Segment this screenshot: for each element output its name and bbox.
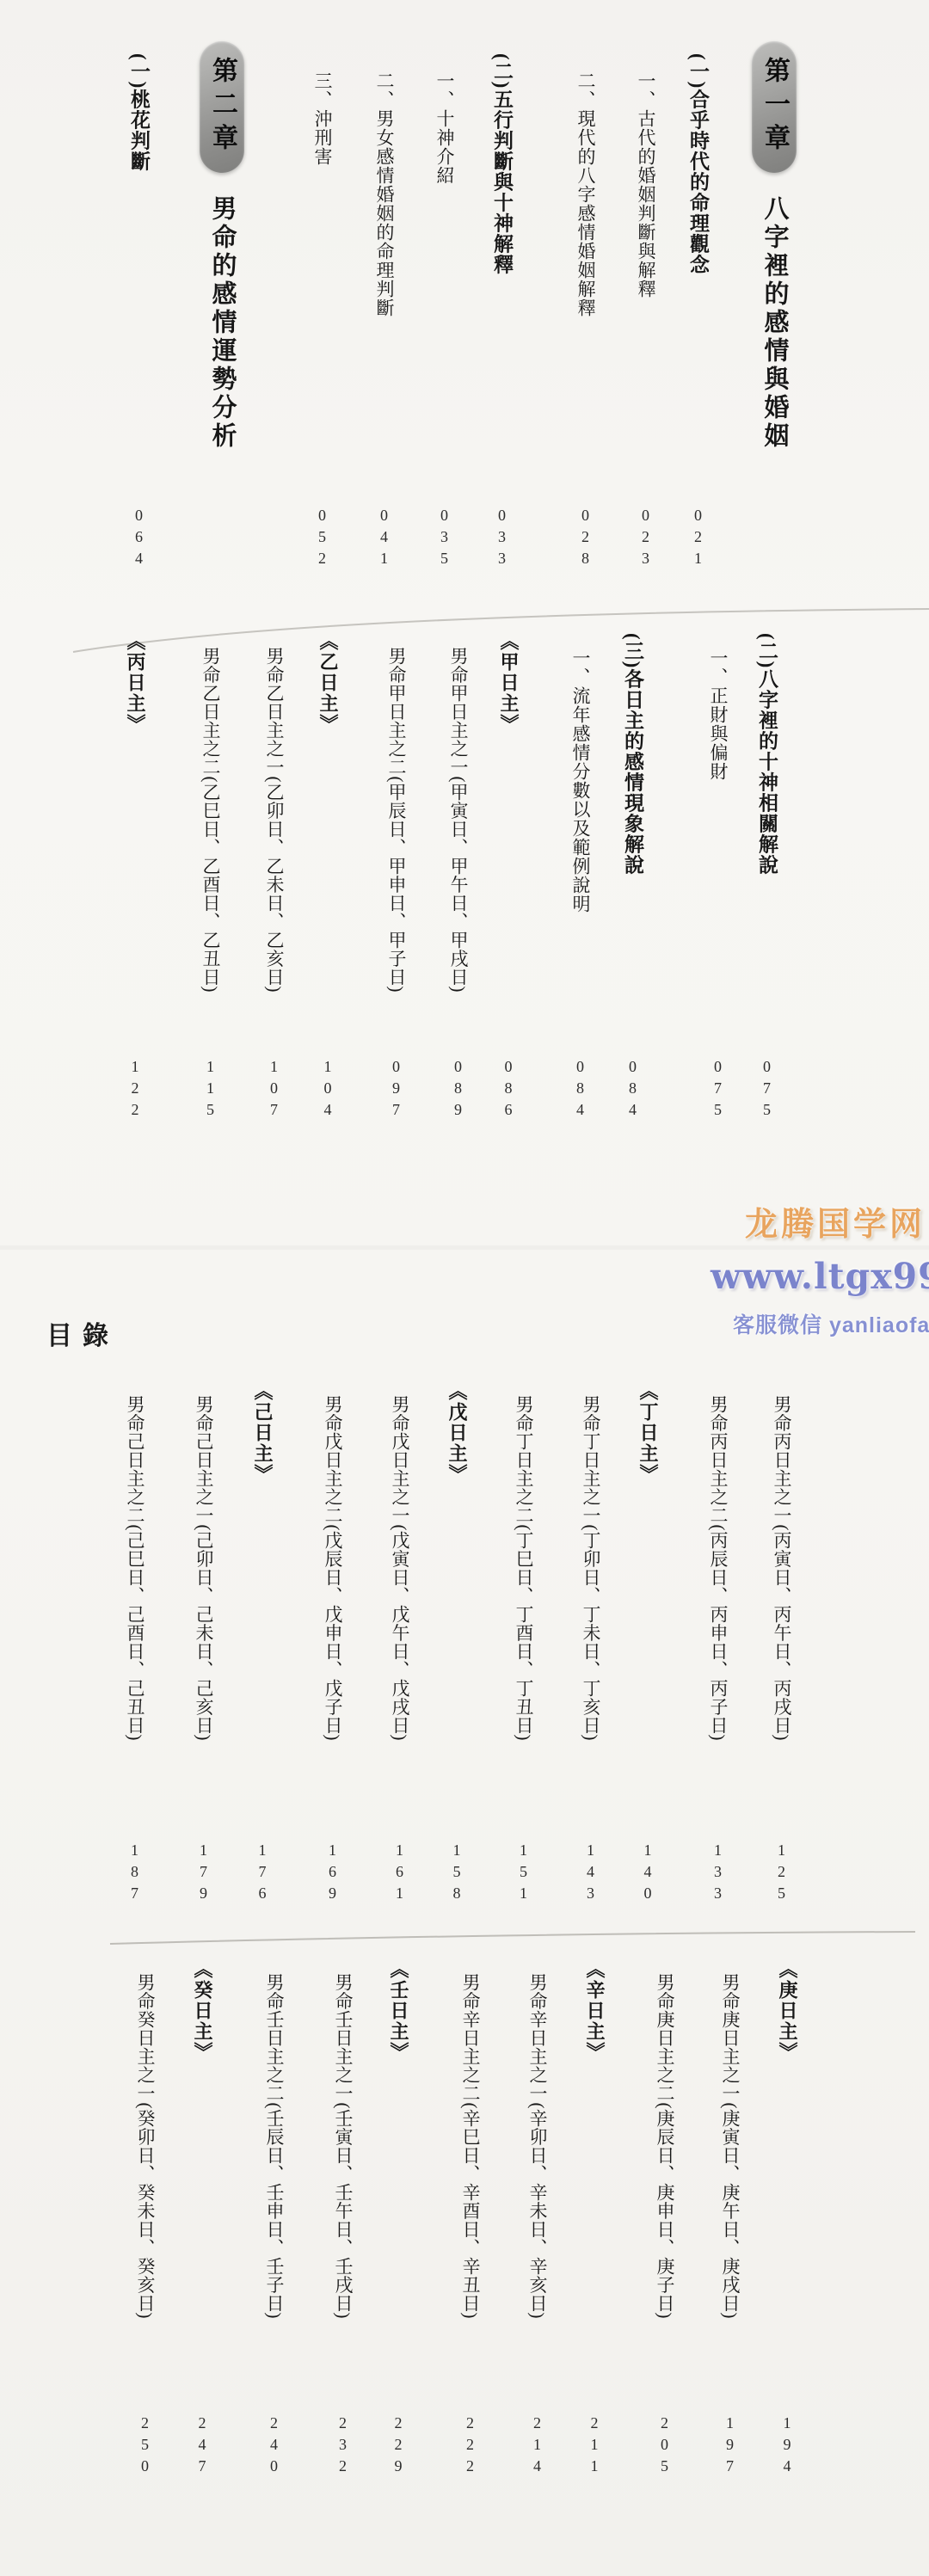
toc-entry-label: 男命乙日主之二(乙巳日、乙酉日、乙丑日) bbox=[201, 647, 219, 993]
toc-entry-label: 二、現代的八字感情婚姻解釋 bbox=[576, 71, 594, 317]
toc-entry-label: 男命己日主之一(己卯日、己未日、己亥日) bbox=[194, 1395, 212, 1741]
toc-entry: 男命癸日主之一(癸卯日、癸未日、癸亥日) 250 bbox=[136, 1973, 154, 2479]
toc-book-heading: 《戊日主》 158 bbox=[447, 1381, 466, 1906]
toc-entry-label: 一、十神介紹 bbox=[435, 71, 453, 185]
toc-entry: 男命甲日主之一(甲寅日、甲午日、甲戌日) 089 bbox=[449, 647, 467, 1122]
toc-entry-page: 222 bbox=[463, 2414, 478, 2479]
toc-entry-label: 《丙日主》 bbox=[126, 631, 145, 735]
toc-entry-label: 《乙日主》 bbox=[318, 631, 337, 735]
toc-entry-label: (一)桃花判斷 bbox=[129, 53, 149, 171]
toc-entry-page: 104 bbox=[320, 1058, 335, 1122]
toc-entry-label: 男命庚日主之二(庚辰日、庚申日、庚子日) bbox=[655, 1973, 674, 2319]
toc-entry-page: 232 bbox=[335, 2414, 351, 2479]
toc-entry: (一)合乎時代的命理觀念 021 bbox=[688, 53, 708, 571]
chapter-2-title: 男命的感情運勢分析 bbox=[210, 195, 235, 451]
toc-entry-label: 一、流年感情分數以及範例說明 bbox=[571, 649, 589, 913]
toc-entry: 男命辛日主之二(辛巳日、辛酉日、辛丑日) 222 bbox=[461, 1973, 479, 2479]
toc-entry: 三、沖刑害 052 bbox=[313, 71, 331, 571]
toc-entry-page: 214 bbox=[530, 2414, 545, 2479]
toc-entry-page: 075 bbox=[760, 1058, 775, 1122]
toc-entry: (三)各日主的感情現象解說 084 bbox=[623, 633, 643, 1122]
toc-entry-page: 205 bbox=[657, 2414, 673, 2479]
toc-book-heading: 《壬日主》 229 bbox=[389, 1959, 408, 2479]
toc-entry-page: 169 bbox=[325, 1841, 341, 1906]
toc-entry-label: 男命乙日主之一(乙卯日、乙未日、乙亥日) bbox=[265, 647, 283, 993]
toc-entry-label: 《壬日主》 bbox=[389, 1959, 408, 2063]
toc-entry: 男命乙日主之一(乙卯日、乙未日、乙亥日) 107 bbox=[265, 647, 283, 1122]
page-scan-gap bbox=[0, 1245, 929, 1250]
toc-entry-label: 男命甲日主之二(甲辰日、甲申日、甲子日) bbox=[387, 647, 405, 993]
toc-entry-label: 二、男女感情婚姻的命理判斷 bbox=[375, 71, 393, 317]
toc-entry-label: 《癸日主》 bbox=[193, 1959, 212, 2063]
toc-book-heading: 《丁日主》 140 bbox=[638, 1381, 657, 1906]
toc-entry-label: 男命丁日主之一(丁卯日、丁未日、丁亥日) bbox=[581, 1395, 600, 1741]
toc-entry-label: 男命庚日主之一(庚寅日、庚午日、庚戌日) bbox=[721, 1973, 739, 2319]
toc-entry-page: 064 bbox=[132, 507, 147, 571]
toc-entry-label: 男命壬日主之一(壬寅日、壬午日、壬戌日) bbox=[334, 1973, 352, 2319]
toc-entry-label: 男命丙日主之二(丙辰日、丙申日、丙子日) bbox=[709, 1395, 727, 1741]
toc-entry-label: (二)五行判斷與十神解釋 bbox=[492, 53, 512, 274]
scanned-toc-page: { "page": { "toc_label": "目錄" }, "waterm… bbox=[0, 0, 929, 2576]
toc-entry: 男命戊日主之二(戊辰日、戊申日、戊子日) 169 bbox=[323, 1395, 341, 1906]
toc-entry-label: 三、沖刑害 bbox=[313, 71, 331, 166]
watermark-site-url: www.ltgx99.com bbox=[711, 1256, 929, 1297]
chapter-2-badge: 第二章 bbox=[200, 41, 244, 173]
toc-entry-page: 075 bbox=[711, 1058, 726, 1122]
toc-entry-page: 086 bbox=[501, 1058, 516, 1122]
toc-entry-page: 151 bbox=[516, 1841, 532, 1906]
toc-entry-page: 052 bbox=[315, 507, 330, 571]
watermark-contact: 客服微信 yanliaofan225 bbox=[733, 1308, 929, 1339]
toc-entry-label: 《戊日主》 bbox=[447, 1381, 466, 1485]
toc-entry: 一、流年感情分數以及範例說明 084 bbox=[571, 649, 589, 1122]
toc-entry: 男命丙日主之一(丙寅日、丙午日、丙戌日) 125 bbox=[772, 1395, 791, 1906]
toc-entry-label: 男命辛日主之二(辛巳日、辛酉日、辛丑日) bbox=[461, 1973, 479, 2319]
toc-entry-label: 《甲日主》 bbox=[499, 631, 518, 735]
toc-entry-label: 男命戊日主之二(戊辰日、戊申日、戊子日) bbox=[323, 1395, 341, 1741]
toc-entry-page: 250 bbox=[138, 2414, 153, 2479]
toc-entry: 男命乙日主之二(乙巳日、乙酉日、乙丑日) 115 bbox=[201, 647, 219, 1122]
toc-entry: (一)桃花判斷 064 bbox=[129, 53, 149, 571]
toc-book-heading: 《庚日主》 194 bbox=[778, 1959, 797, 2479]
toc-entry-page: 021 bbox=[691, 507, 706, 571]
toc-section-4: 《庚日主》 194 男命庚日主之一(庚寅日、庚午日、庚戌日) 197 男命庚日主… bbox=[0, 1927, 929, 2494]
toc-entry: 男命己日主之一(己卯日、己未日、己亥日) 179 bbox=[194, 1395, 212, 1906]
toc-entry: 男命辛日主之一(辛卯日、辛未日、辛亥日) 214 bbox=[528, 1973, 546, 2479]
toc-entry-page: 084 bbox=[573, 1058, 588, 1122]
toc-entry: 男命甲日主之二(甲辰日、甲申日、甲子日) 097 bbox=[387, 647, 405, 1122]
toc-entry-label: 一、正財與偏財 bbox=[709, 649, 727, 781]
toc-book-heading: 《癸日主》 247 bbox=[193, 1959, 212, 2479]
toc-entry: 一、古代的婚姻判斷與解釋 023 bbox=[637, 71, 655, 571]
toc-entry-label: 男命辛日主之一(辛卯日、辛未日、辛亥日) bbox=[528, 1973, 546, 2319]
toc-entry-page: 041 bbox=[377, 507, 392, 571]
toc-book-heading: 《乙日主》 104 bbox=[318, 631, 337, 1122]
chapter-2-heading: 第二章 男命的感情運勢分析 bbox=[189, 41, 255, 571]
toc-entry-label: (一)合乎時代的命理觀念 bbox=[688, 53, 708, 274]
toc-entry: 男命丁日主之一(丁卯日、丁未日、丁亥日) 143 bbox=[581, 1395, 600, 1906]
toc-entry-page: 247 bbox=[194, 2414, 210, 2479]
toc-entry: 男命己日主之二(己巳日、己酉日、己丑日) 187 bbox=[126, 1395, 144, 1906]
toc-entry-page: 158 bbox=[449, 1841, 464, 1906]
toc-entry-page: 097 bbox=[389, 1058, 404, 1122]
toc-entry-label: 男命丙日主之一(丙寅日、丙午日、丙戌日) bbox=[772, 1395, 791, 1741]
toc-entry-label: 男命癸日主之一(癸卯日、癸未日、癸亥日) bbox=[136, 1973, 154, 2319]
toc-entry-page: 125 bbox=[774, 1841, 790, 1906]
toc-entry: 男命庚日主之二(庚辰日、庚申日、庚子日) 205 bbox=[655, 1973, 674, 2479]
toc-section-3: 男命丙日主之一(丙寅日、丙午日、丙戌日) 125 男命丙日主之二(丙辰日、丙申日… bbox=[0, 1359, 929, 1918]
toc-entry-label: (二)八字裡的十神相關解說 bbox=[757, 633, 777, 875]
toc-entry-label: 《己日主》 bbox=[253, 1381, 272, 1485]
toc-entry: 男命戊日主之一(戊寅日、戊午日、戊戌日) 161 bbox=[391, 1395, 409, 1906]
toc-entry-page: 035 bbox=[437, 507, 452, 571]
toc-entry: 男命丙日主之二(丙辰日、丙申日、丙子日) 133 bbox=[709, 1395, 727, 1906]
toc-entry-page: 229 bbox=[391, 2414, 406, 2479]
toc-entry-page: 179 bbox=[196, 1841, 212, 1906]
toc-book-heading: 《甲日主》 086 bbox=[499, 631, 518, 1122]
toc-entry-page: 122 bbox=[127, 1058, 143, 1122]
toc-entry-page: 023 bbox=[638, 507, 654, 571]
toc-entry: 男命丁日主之二(丁巳日、丁酉日、丁丑日) 151 bbox=[514, 1395, 532, 1906]
chapter-1-badge: 第一章 bbox=[752, 41, 797, 173]
toc-entry-page: 033 bbox=[495, 507, 510, 571]
toc-book-heading: 《丙日主》 122 bbox=[126, 631, 145, 1122]
toc-entry-page: 089 bbox=[451, 1058, 466, 1122]
chapter-1-title: 八字裡的感情與婚姻 bbox=[762, 195, 787, 451]
toc-entry-page: 107 bbox=[267, 1058, 282, 1122]
toc-entry-label: 男命戊日主之一(戊寅日、戊午日、戊戌日) bbox=[391, 1395, 409, 1741]
toc-entry: 男命庚日主之一(庚寅日、庚午日、庚戌日) 197 bbox=[721, 1973, 739, 2479]
toc-section-1: 第一章 八字裡的感情與婚姻 (一)合乎時代的命理觀念 021 一、古代的婚姻判斷… bbox=[0, 0, 929, 593]
toc-entry: 男命壬日主之二(壬辰日、壬申日、壬子日) 240 bbox=[265, 1973, 283, 2479]
toc-entry-page: 084 bbox=[625, 1058, 641, 1122]
toc-book-heading: 《辛日主》 211 bbox=[585, 1959, 604, 2479]
toc-entry-page: 028 bbox=[578, 507, 594, 571]
toc-entry-page: 211 bbox=[587, 2414, 602, 2479]
toc-entry-page: 133 bbox=[711, 1841, 726, 1906]
toc-entry-page: 143 bbox=[583, 1841, 599, 1906]
toc-entry-page: 187 bbox=[127, 1841, 143, 1906]
toc-entry: 二、現代的八字感情婚姻解釋 028 bbox=[576, 71, 594, 571]
toc-entry: 男命壬日主之一(壬寅日、壬午日、壬戌日) 232 bbox=[334, 1973, 352, 2479]
toc-entry-page: 240 bbox=[267, 2414, 282, 2479]
toc-entry-label: (三)各日主的感情現象解說 bbox=[623, 633, 643, 875]
toc-entry-label: 《辛日主》 bbox=[585, 1959, 604, 2063]
toc-entry-page: 115 bbox=[203, 1058, 218, 1122]
toc-book-heading: 《己日主》 176 bbox=[253, 1381, 272, 1906]
toc-entry-label: 男命甲日主之一(甲寅日、甲午日、甲戌日) bbox=[449, 647, 467, 993]
toc-entry-label: 男命丁日主之二(丁巳日、丁酉日、丁丑日) bbox=[514, 1395, 532, 1741]
toc-entry-label: 男命己日主之二(己巳日、己酉日、己丑日) bbox=[126, 1395, 144, 1741]
toc-section-2: (二)八字裡的十神相關解說 075 一、正財與偏財 075 (三)各日主的感情現… bbox=[0, 602, 929, 1135]
watermark-site-name: 龙腾国学网 bbox=[745, 1197, 926, 1245]
chapter-1-heading: 第一章 八字裡的感情與婚姻 bbox=[741, 41, 807, 571]
toc-entry-label: 《丁日主》 bbox=[638, 1381, 657, 1485]
toc-entry: 二、男女感情婚姻的命理判斷 041 bbox=[375, 71, 393, 571]
toc-entry: (二)五行判斷與十神解釋 033 bbox=[492, 53, 512, 571]
toc-entry: 一、正財與偏財 075 bbox=[709, 649, 727, 1122]
toc-entry-page: 194 bbox=[779, 2414, 795, 2479]
toc-entry: 一、十神介紹 035 bbox=[435, 71, 453, 571]
toc-entry-page: 161 bbox=[392, 1841, 408, 1906]
toc-entry-label: 一、古代的婚姻判斷與解釋 bbox=[637, 71, 655, 298]
toc-title: 目錄 bbox=[46, 1314, 119, 1352]
toc-entry-page: 140 bbox=[640, 1841, 655, 1906]
toc-entry-label: 男命壬日主之二(壬辰日、壬申日、壬子日) bbox=[265, 1973, 283, 2319]
toc-entry-page: 197 bbox=[723, 2414, 738, 2479]
toc-entry: (二)八字裡的十神相關解說 075 bbox=[757, 633, 777, 1122]
toc-entry-label: 《庚日主》 bbox=[778, 1959, 797, 2063]
toc-entry-page: 176 bbox=[255, 1841, 270, 1906]
